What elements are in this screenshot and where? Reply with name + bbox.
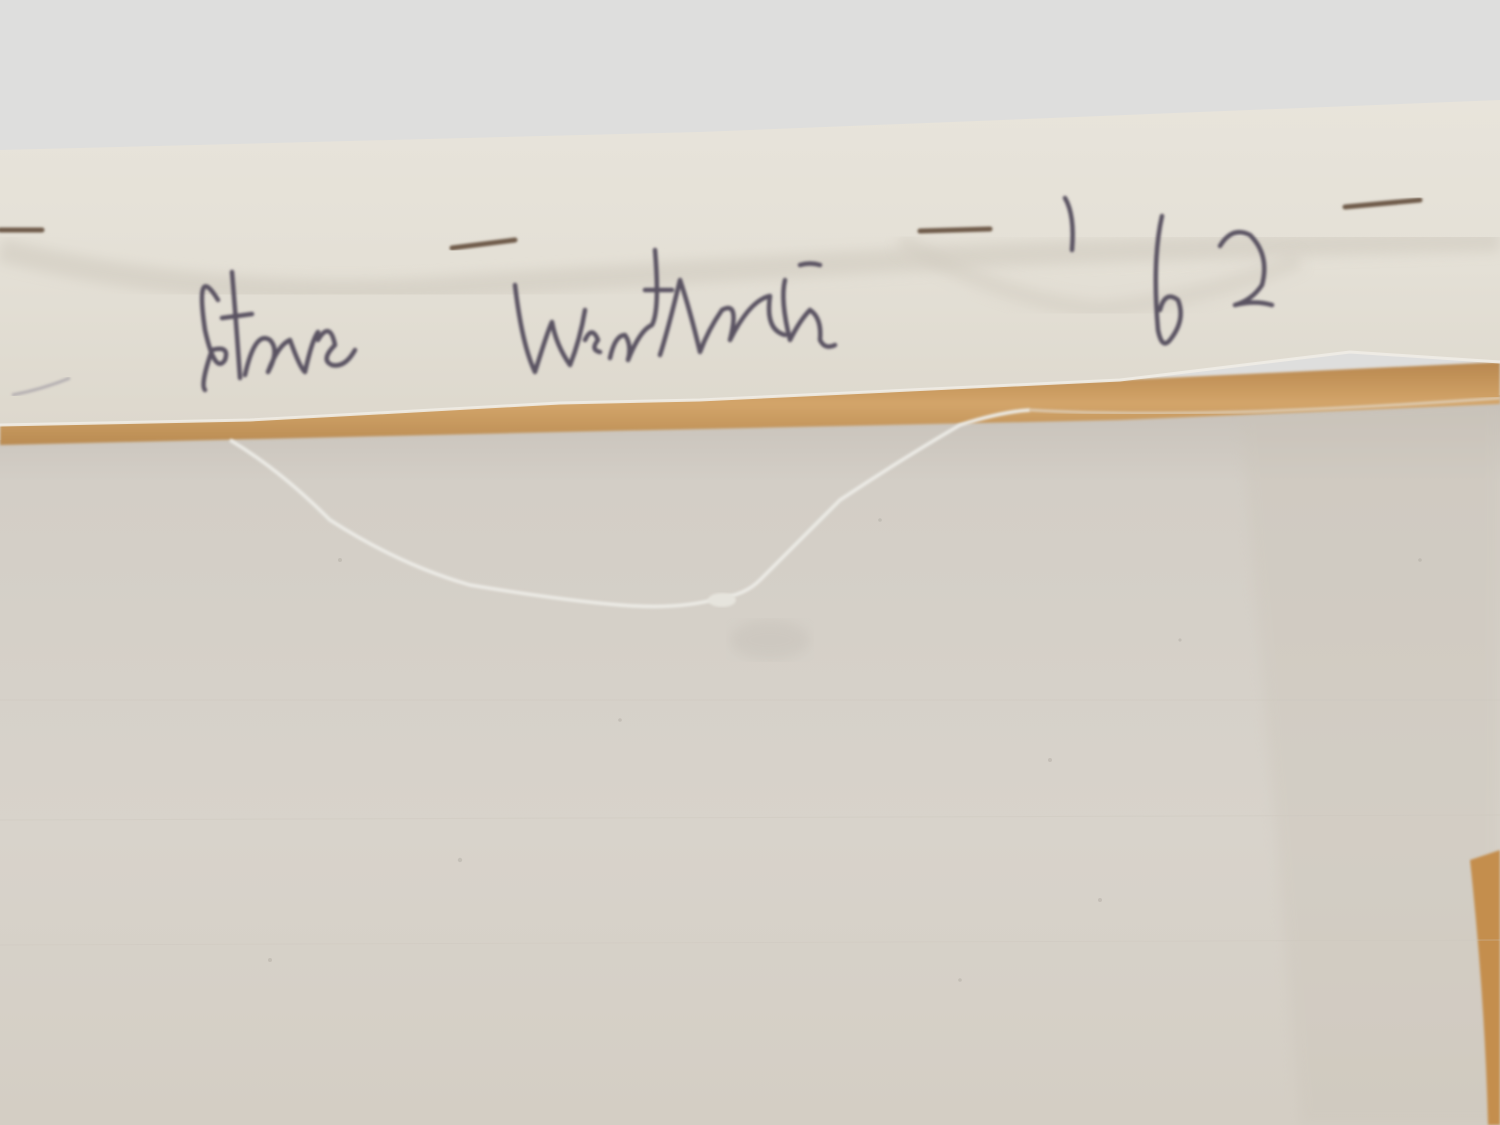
staple-3 [920, 229, 990, 231]
thread-knot [708, 593, 736, 607]
canvas-back-photo: Steve Wentworth '62 [0, 0, 1500, 1125]
canvas-back-illustration [0, 0, 1500, 1125]
